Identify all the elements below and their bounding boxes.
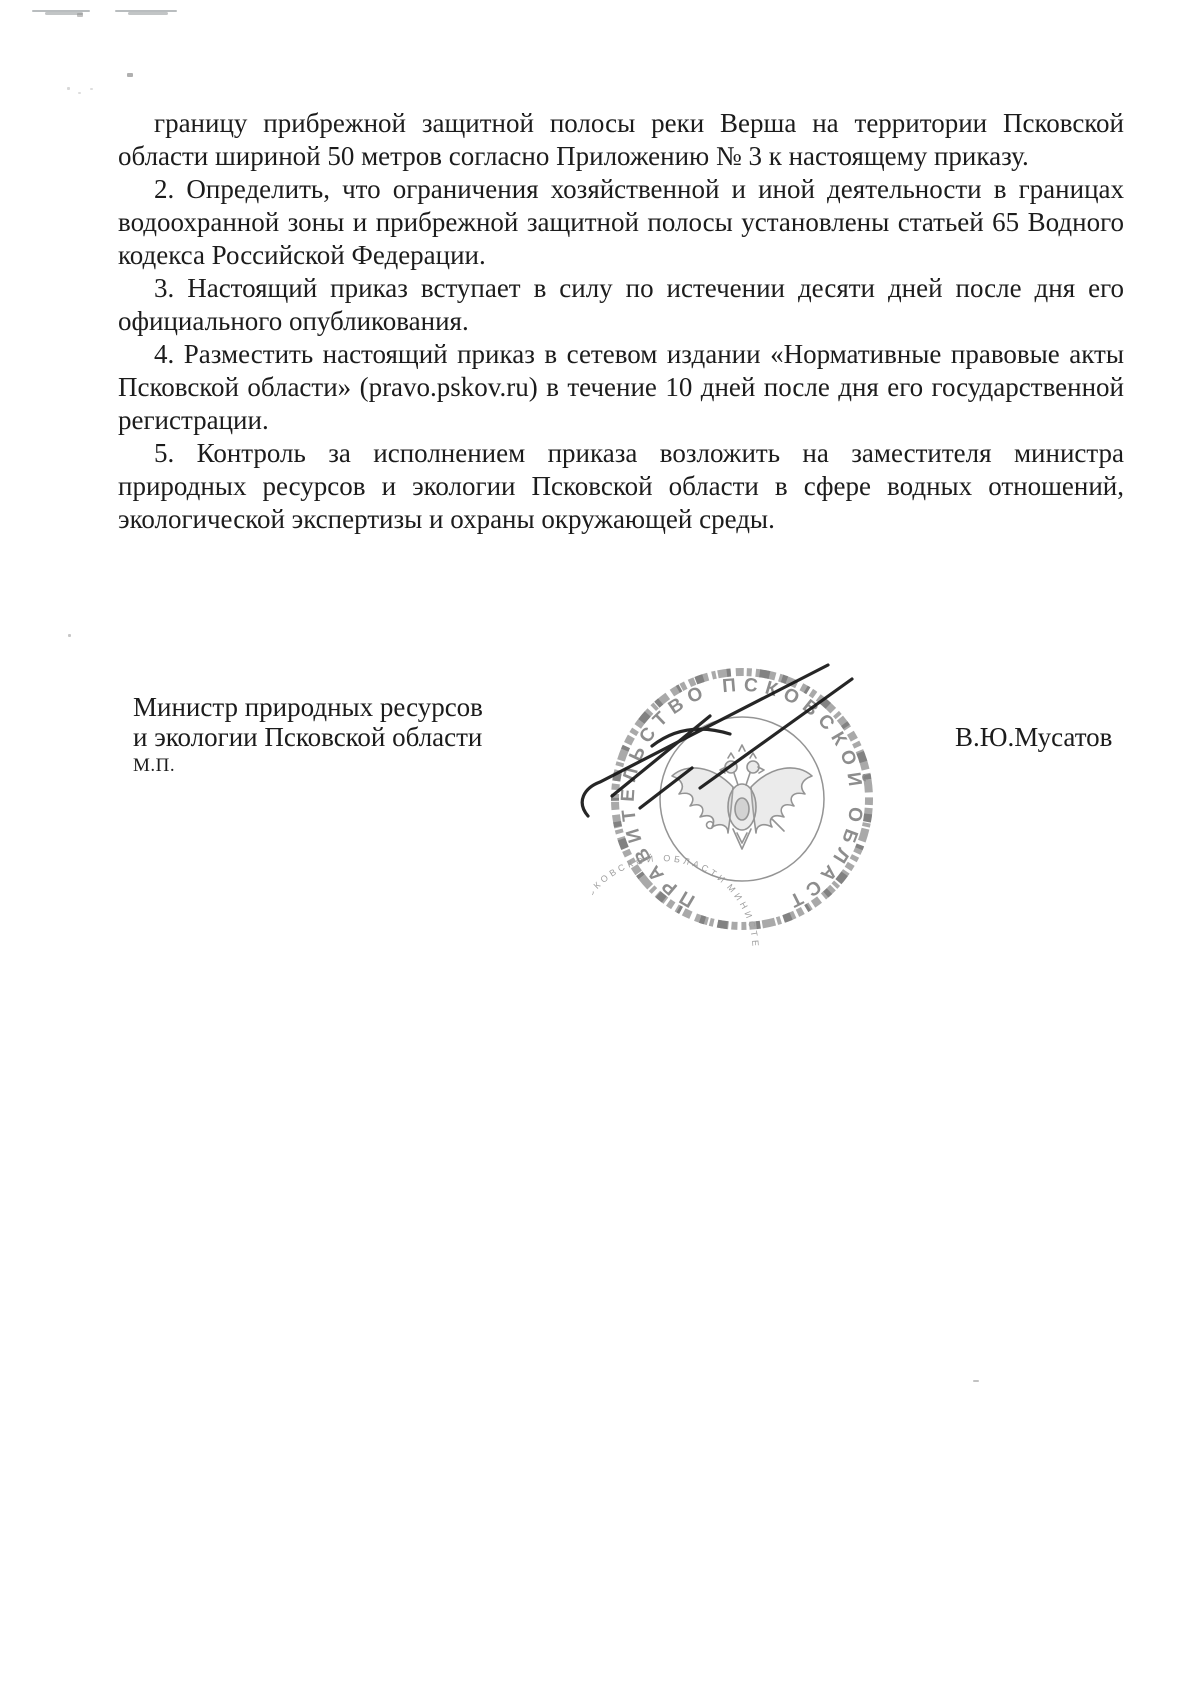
scan-speck (68, 634, 71, 637)
seal-place-mark: М.П. (133, 752, 483, 779)
order-paragraph-continuation: границу прибрежной защитной полосы реки … (118, 107, 1124, 173)
scan-speck (973, 1380, 979, 1382)
signer-name: В.Ю.Мусатов (955, 722, 1112, 753)
document-page: границу прибрежной защитной полосы реки … (0, 0, 1200, 1697)
order-paragraph-5: 5. Контроль за исполнением приказа возло… (118, 437, 1124, 536)
scan-speck (77, 13, 83, 17)
order-paragraph-4: 4. Разместить настоящий приказ в сетевом… (118, 338, 1124, 437)
signature-title-line-1: Министр природных ресурсов (133, 692, 483, 722)
signature-title-block: Министр природных ресурсов и экологии Пс… (133, 692, 483, 779)
signature-title-line-2: и экологии Псковской области (133, 722, 483, 752)
order-body-text: границу прибрежной защитной полосы реки … (118, 107, 1124, 536)
scan-speck (90, 88, 93, 90)
scan-smudge (32, 10, 90, 12)
scan-speck (67, 87, 70, 90)
signature-stroke (640, 768, 692, 808)
scan-speck (127, 73, 133, 77)
order-paragraph-2: 2. Определить, что ограничения хозяйстве… (118, 173, 1124, 272)
scan-smudge (45, 12, 83, 15)
scan-speck (78, 92, 81, 94)
scan-smudge (115, 10, 177, 12)
scan-smudge (128, 12, 168, 15)
signature-stroke (582, 665, 828, 816)
order-paragraph-3: 3. Настоящий приказ вступает в силу по и… (118, 272, 1124, 338)
handwritten-signature (540, 600, 920, 840)
